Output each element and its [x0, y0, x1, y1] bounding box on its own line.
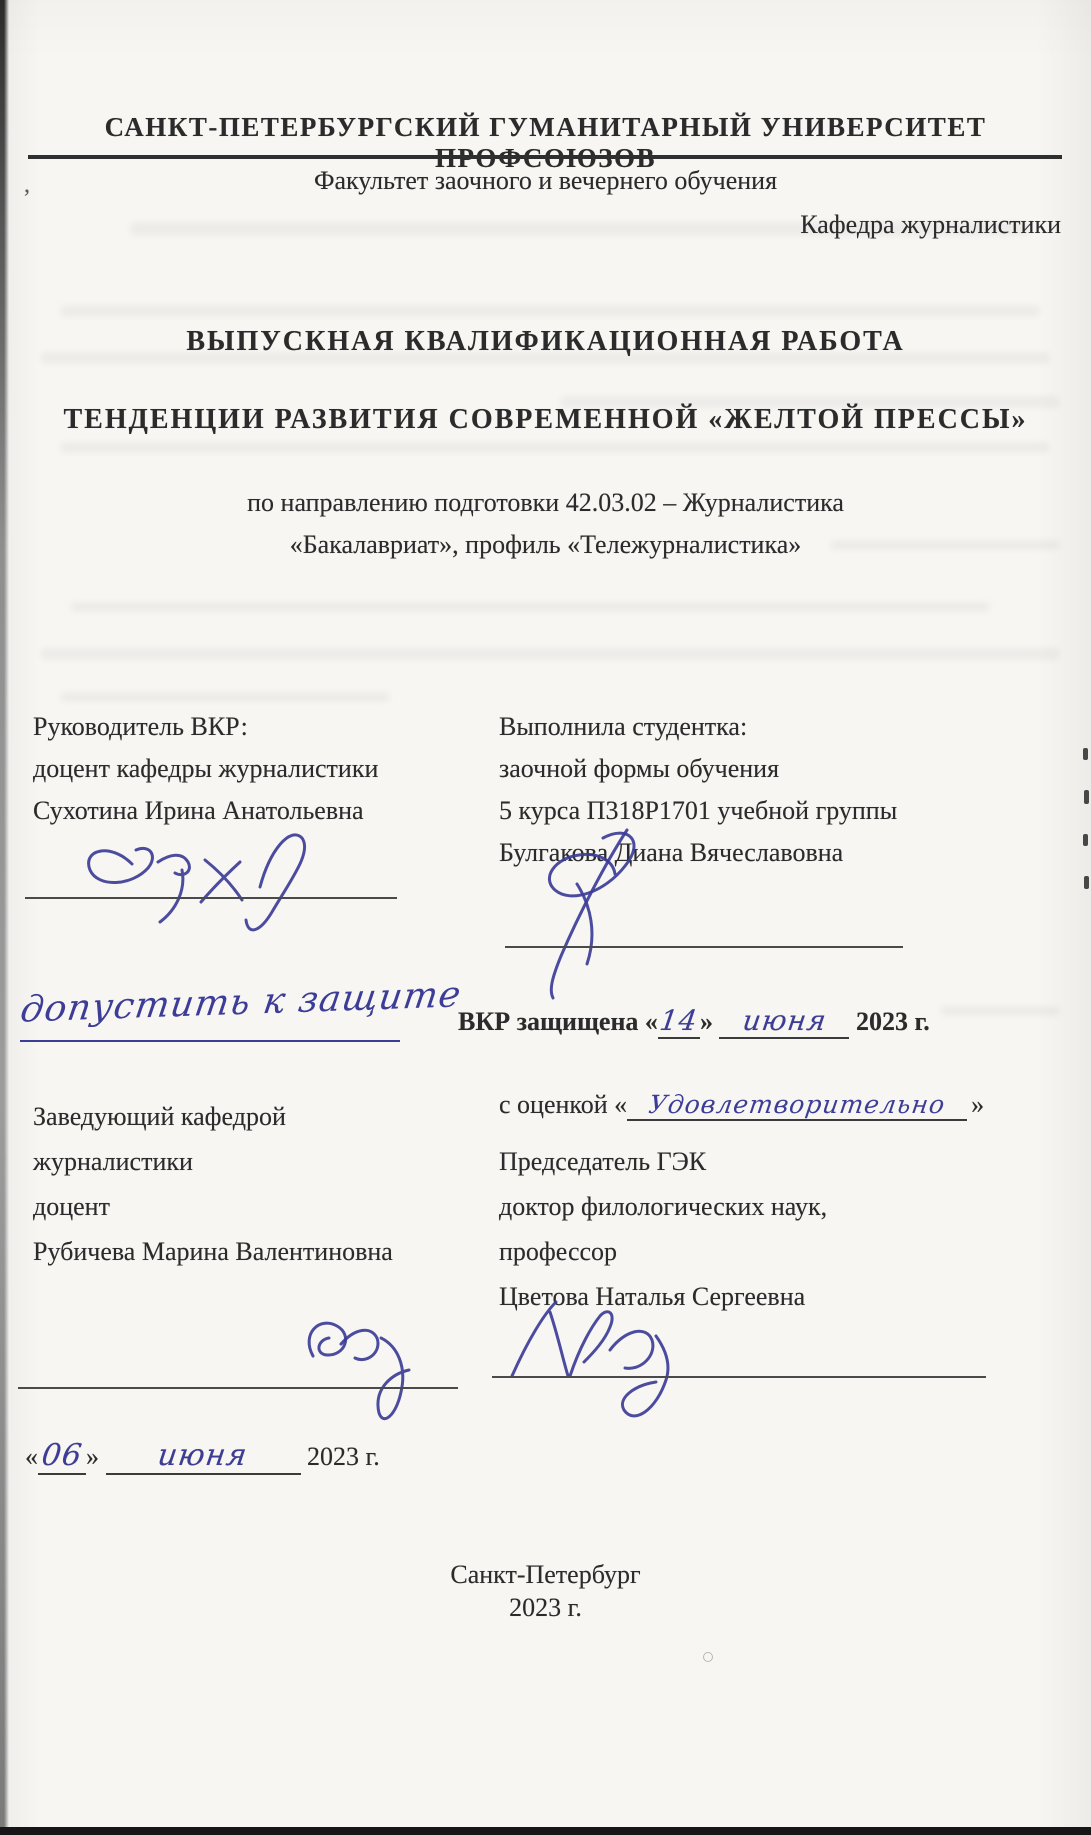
admission-note: допустить к защите: [22, 982, 460, 1023]
bleed-streak: [70, 602, 990, 612]
work-type-heading: ВЫПУСКНАЯ КВАЛИФИКАЦИОННАЯ РАБОТА: [0, 326, 1091, 358]
thesis-title-page: , САНКТ-ПЕТЕРБУРГСКИЙ ГУМАНИТАРНЫЙ УНИВЕ…: [0, 0, 1091, 1835]
defense-prefix: ВКР защищена «: [458, 1007, 658, 1036]
head-date-day-field: 06: [38, 1438, 86, 1475]
dept-head-title-2: журналистики: [33, 1139, 393, 1184]
dept-head-title-1: Заведующий кафедрой: [33, 1094, 393, 1139]
supervisor-label: Руководитель ВКР:: [33, 706, 378, 748]
dept-head-signature: [285, 1298, 445, 1438]
scan-edge-fragment: [1083, 748, 1088, 760]
defense-month-handwriting: июня: [740, 1004, 828, 1037]
supervisor-position: доцент кафедры журналистики: [33, 748, 378, 790]
scan-edge-fragment: [1084, 790, 1089, 804]
chair-signature: [498, 1292, 778, 1427]
grade-suffix: »: [971, 1090, 984, 1119]
chair-title-2: доктор филологических наук,: [499, 1184, 827, 1229]
grade-field: Удовлетворительно: [627, 1090, 967, 1121]
department-name: Кафедра журналистики: [800, 210, 1061, 240]
scan-edge-fragment: [1084, 876, 1089, 889]
chair-title-3: профессор: [499, 1229, 827, 1274]
program-line-1: по направлению подготовки 42.03.02 – Жур…: [0, 488, 1091, 518]
footer-year: 2023 г.: [0, 1593, 1091, 1623]
faculty-name: Факультет заочного и вечернего обучения: [0, 166, 1091, 196]
dept-head-block: Заведующий кафедрой журналистики доцент …: [33, 1094, 393, 1274]
defense-month-field: июня: [719, 1004, 849, 1039]
admission-handwriting: допустить к защите: [18, 974, 464, 1030]
program-line-2: «Бакалавриат», профиль «Тележурналистика…: [0, 530, 1091, 560]
student-label: Выполнила студентка:: [499, 706, 897, 748]
scan-edge-bottom: [0, 1827, 1091, 1835]
defense-year: 2023 г.: [856, 1007, 930, 1036]
head-date-day-handwriting: 06: [39, 1438, 84, 1473]
bleed-streak: [940, 1006, 1060, 1016]
signature-line: [492, 1376, 986, 1378]
head-date-quote-open: «: [25, 1442, 38, 1471]
bleed-streak: [60, 305, 1040, 317]
paper-speck: [703, 1652, 713, 1662]
admission-underline: [20, 1040, 400, 1042]
grade-line: с оценкой «Удовлетворительно »: [499, 1090, 984, 1121]
student-study-form: заочной формы обучения: [499, 748, 897, 790]
grade-handwriting: Удовлетворительно: [647, 1090, 947, 1119]
header-rule: [28, 155, 1062, 159]
signature-line: [18, 1387, 458, 1389]
university-name: САНКТ-ПЕТЕРБУРГСКИЙ ГУМАНИТАРНЫЙ УНИВЕРС…: [0, 112, 1091, 174]
defense-date-line: ВКР защищена «14» июня 2023 г.: [458, 1004, 930, 1039]
bleed-streak: [60, 692, 390, 702]
thesis-title: ТЕНДЕНЦИИ РАЗВИТИЯ СОВРЕМЕННОЙ «ЖЕЛТОЙ П…: [0, 404, 1091, 436]
dept-head-title-3: доцент: [33, 1184, 393, 1229]
scan-edge-fragment: [1083, 834, 1088, 846]
grade-prefix: с оценкой «: [499, 1090, 627, 1119]
head-date-line: «06» июня 2023 г.: [25, 1438, 380, 1475]
bleed-streak: [40, 648, 1060, 660]
head-date-quote-close: »: [86, 1442, 99, 1471]
defense-day-field: 14: [658, 1004, 700, 1039]
head-date-month-handwriting: июня: [156, 1438, 250, 1473]
footer-city: Санкт-Петербург: [0, 1560, 1091, 1590]
bleed-streak: [60, 442, 1050, 453]
student-signature: [505, 822, 675, 1002]
signature-line: [25, 897, 397, 899]
head-date-month-field: июня: [106, 1438, 301, 1475]
signature-line: [505, 946, 903, 948]
defense-day-handwriting: 14: [658, 1004, 700, 1037]
dept-head-name: Рубичева Марина Валентиновна: [33, 1229, 393, 1274]
head-date-year: 2023 г.: [307, 1442, 380, 1471]
supervisor-signature: [70, 812, 360, 937]
chair-title-1: Председатель ГЭК: [499, 1139, 827, 1184]
defense-quote-close: »: [700, 1007, 713, 1036]
